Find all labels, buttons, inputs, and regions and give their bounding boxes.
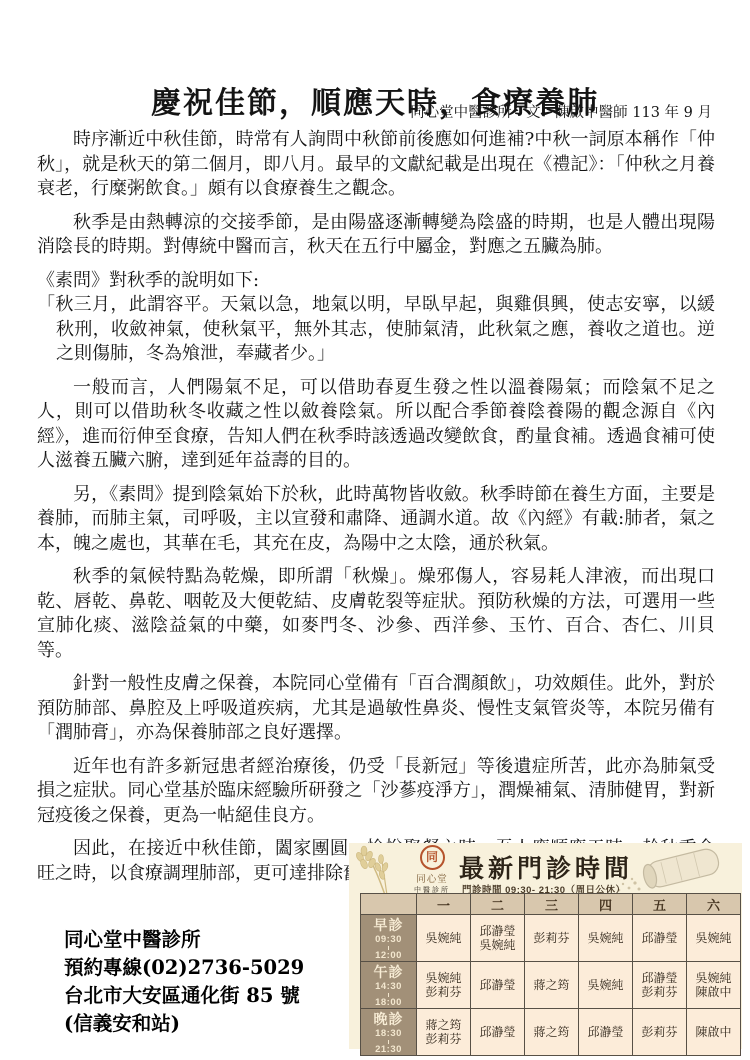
wheat-icon — [351, 843, 405, 897]
schedule-row-evening: 晚診 18:30 21:30 蔣之筠 彭莉芬 邱瀞瑩 蔣之筠 邱瀞瑩 彭莉芬 陳… — [361, 1009, 741, 1056]
contact-station: (信義安和站) — [64, 1010, 304, 1038]
contact-address: 台北市大安區通化街 85 號 — [64, 982, 304, 1010]
clinic-seal-icon: 同 — [420, 845, 445, 870]
doctor-cell: 邱瀞瑩 — [471, 1009, 525, 1056]
doctor-cell: 吳婉純 — [417, 915, 471, 962]
doctor-cell: 蔣之筠 彭莉芬 — [417, 1009, 471, 1056]
schedule-row-morning: 早診 09:30 12:00 吳婉純 邱瀞瑩 吳婉純 彭莉芬 吳婉純 邱瀞瑩 吳… — [361, 915, 741, 962]
doctor-cell: 邱瀞瑩 — [633, 915, 687, 962]
doctor-cell: 邱瀞瑩 — [471, 962, 525, 1009]
session-name: 午診 — [361, 962, 416, 982]
doctor-cell: 吳婉純 — [687, 915, 741, 962]
schedule-title: 最新門診時間 — [459, 849, 633, 885]
paragraph: 一般而言，人們陽氣不足，可以借助春夏生發之性以溫養陽氣；而陰氣不足之人，則可以借… — [37, 376, 715, 474]
day-header: 四 — [579, 894, 633, 915]
doctor-cell: 吳婉純 陳啟中 — [687, 962, 741, 1009]
session-start-time: 18:30 — [361, 1029, 416, 1039]
day-header-row: 一 二 三 四 五 六 — [361, 894, 741, 915]
session-end-time: 12:00 — [361, 951, 416, 961]
doctor-cell: 蔣之筠 — [525, 962, 579, 1009]
session-end-time: 21:30 — [361, 1045, 416, 1055]
quote-body: 「秋三月，此謂容平。天氣以急，地氣以明，早臥早起，與雞俱興，使志安寧，以緩秋刑，… — [37, 293, 715, 367]
doctor-cell: 彭莉芬 — [525, 915, 579, 962]
contact-block: 同心堂中醫診所 預約專線(02)2736-5029 台北市大安區通化街 85 號… — [64, 926, 304, 1038]
doctor-cell: 蔣之筠 — [525, 1009, 579, 1056]
doctor-cell: 陳啟中 — [687, 1009, 741, 1056]
paragraph: 近年也有許多新冠患者經治療後，仍受「長新冠」等後遺症所苦，此亦為肺氣受損之症狀。… — [37, 755, 715, 829]
quote-intro: 《素問》對秋季的說明如下: — [37, 269, 715, 294]
session-start-time: 14:30 — [361, 982, 416, 992]
corner-cell — [361, 894, 417, 915]
day-header: 二 — [471, 894, 525, 915]
paragraph: 針對一般性皮膚之保養，本院同心堂備有「百合潤顏飲」，功效頗佳。此外，對於預防肺部… — [37, 672, 715, 746]
day-header: 一 — [417, 894, 471, 915]
clinic-logo: 同 同心堂 中醫診所 — [407, 845, 457, 895]
doctor-cell: 吳婉純 — [579, 915, 633, 962]
paragraph: 秋季的氣候特點為乾燥，即所謂「秋燥」。燥邪傷人，容易耗人津液，而出現口乾、唇乾、… — [37, 565, 715, 663]
session-header: 早診 09:30 12:00 — [361, 915, 417, 962]
newsletter-page: 慶祝佳節，順應天時，食療養肺 同心堂中醫診所 文：陳啟中醫師 113 年 9 月… — [0, 0, 750, 1060]
doctor-cell: 邱瀞瑩 彭莉芬 — [633, 962, 687, 1009]
session-header: 午診 14:30 18:00 — [361, 962, 417, 1009]
session-end-time: 18:00 — [361, 998, 416, 1008]
byline: 同心堂中醫診所 文：陳啟中醫師 113 年 9 月 — [410, 101, 712, 122]
clinic-hours-table: 一 二 三 四 五 六 早診 09:30 12:00 吳婉純 邱瀞瑩 吳婉純 彭… — [360, 893, 741, 1056]
session-name: 晚診 — [361, 1009, 416, 1029]
doctor-cell: 吳婉純 彭莉芬 — [417, 962, 471, 1009]
session-header: 晚診 18:30 21:30 — [361, 1009, 417, 1056]
paragraph: 秋季是由熱轉涼的交接季節，是由陽盛逐漸轉變為陰盛的時期，也是人體出現陽消陰長的時… — [37, 211, 715, 260]
day-header: 五 — [633, 894, 687, 915]
article-body: 時序漸近中秋佳節，時常有人詢問中秋節前後應如何進補?中秋一詞原本稱作「仲秋」，就… — [37, 128, 715, 895]
doctor-cell: 吳婉純 — [579, 962, 633, 1009]
doctor-cell: 邱瀞瑩 — [579, 1009, 633, 1056]
session-name: 早診 — [361, 915, 416, 935]
day-header: 六 — [687, 894, 741, 915]
logo-clinic-name: 同心堂 — [407, 871, 457, 885]
paragraph: 時序漸近中秋佳節，時常有人詢問中秋節前後應如何進補?中秋一詞原本稱作「仲秋」，就… — [37, 128, 715, 202]
contact-phone: 預約專線(02)2736-5029 — [64, 954, 304, 982]
paragraph: 另，《素問》提到陰氣始下於秋，此時萬物皆收斂。秋季時節在養生方面，主要是養肺，而… — [37, 483, 715, 557]
day-header: 三 — [525, 894, 579, 915]
doctor-cell: 彭莉芬 — [633, 1009, 687, 1056]
contact-clinic-name: 同心堂中醫診所 — [64, 926, 304, 954]
doctor-cell: 邱瀞瑩 吳婉純 — [471, 915, 525, 962]
schedule-row-afternoon: 午診 14:30 18:00 吳婉純 彭莉芬 邱瀞瑩 蔣之筠 吳婉純 邱瀞瑩 彭… — [361, 962, 741, 1009]
clinic-hours-card: 同 同心堂 中醫診所 最新門診時間 門診時間 09:30- 21:30（周日公休… — [349, 843, 742, 1049]
session-start-time: 09:30 — [361, 935, 416, 945]
